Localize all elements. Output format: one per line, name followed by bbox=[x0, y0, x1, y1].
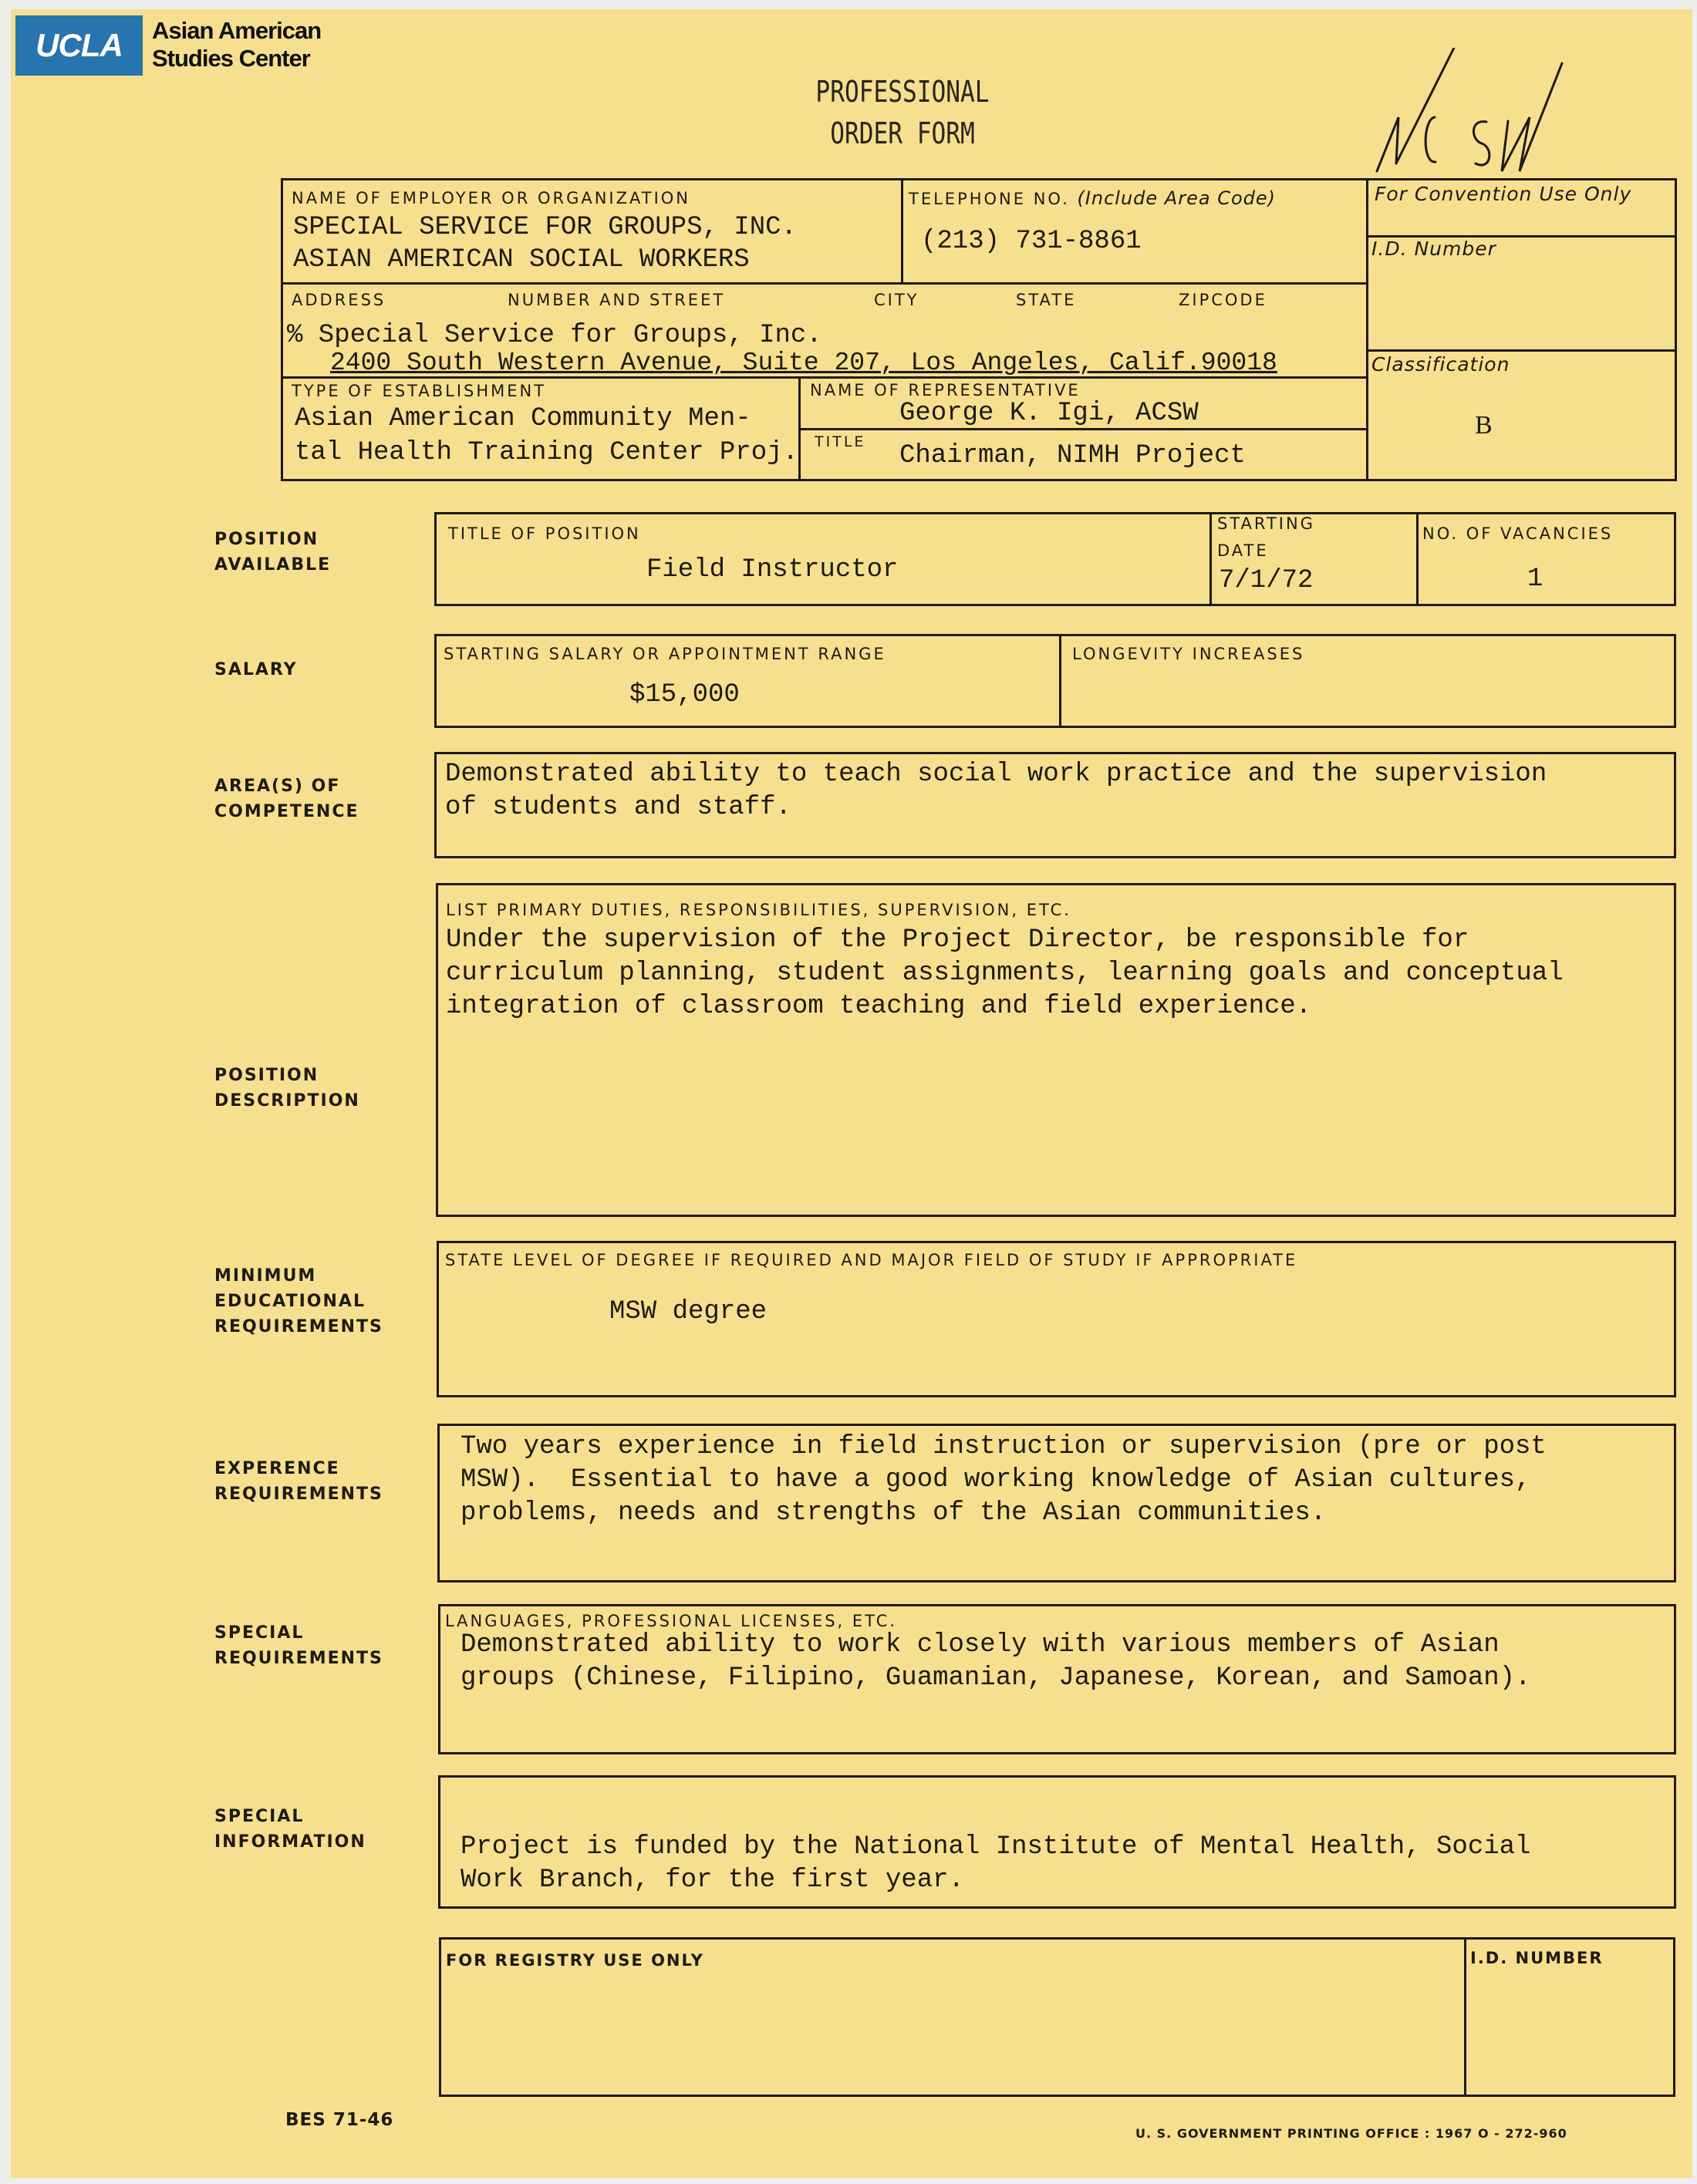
experience-text: Two years experience in field instructio… bbox=[461, 1431, 1547, 1530]
vacancies-label: NO. OF VACANCIES bbox=[1422, 524, 1613, 543]
employer-name-line2: ASIAN AMERICAN SOCIAL WORKERS bbox=[293, 244, 750, 277]
side-label-position-description: POSITION DESCRIPTION bbox=[214, 1063, 360, 1114]
address-label: ADDRESS bbox=[292, 291, 386, 309]
divider bbox=[1416, 512, 1419, 606]
telephone-label: TELEPHONE NO. (Include Area Code) bbox=[909, 187, 1276, 209]
side-label-special-requirements: SPECIAL REQUIREMENTS bbox=[214, 1620, 383, 1671]
salary-range-label: STARTING SALARY OR APPOINTMENT RANGE bbox=[444, 645, 886, 663]
longevity-label: LONGEVITY INCREASES bbox=[1072, 645, 1304, 663]
convention-id-label: I.D. Number bbox=[1371, 238, 1496, 260]
start-date-label-line1: STARTING bbox=[1217, 514, 1315, 533]
establishment-line2: tal Health Training Center Proj. bbox=[295, 436, 798, 470]
registry-id-label: I.D. NUMBER bbox=[1470, 1949, 1604, 1967]
address-state-label: STATE bbox=[1016, 291, 1076, 309]
divider bbox=[1464, 1937, 1466, 2097]
side-label-education: MINIMUM EDUCATIONAL REQUIREMENTS bbox=[214, 1263, 383, 1340]
divider bbox=[1059, 634, 1061, 728]
start-date-label-line2: DATE bbox=[1217, 541, 1269, 560]
logo-text-line1: Asian American bbox=[152, 17, 321, 45]
classification-value: B bbox=[1475, 409, 1493, 442]
special-requirements-label: LANGUAGES, PROFESSIONAL LICENSES, ETC. bbox=[445, 1612, 897, 1630]
position-title-value: Field Instructor bbox=[646, 554, 898, 587]
position-description-label: LIST PRIMARY DUTIES, RESPONSIBILITIES, S… bbox=[446, 901, 1071, 919]
employer-name-line1: SPECIAL SERVICE FOR GROUPS, INC. bbox=[293, 211, 797, 244]
logo-text-line2: Studies Center bbox=[152, 45, 321, 72]
address-street-label: NUMBER AND STREET bbox=[508, 291, 725, 309]
address-zip-label: ZIPCODE bbox=[1179, 291, 1267, 309]
form-title-line2: ORDER FORM bbox=[795, 113, 1010, 154]
special-information-text: Project is funded by the National Instit… bbox=[461, 1831, 1530, 1897]
special-requirements-text: Demonstrated ability to work closely wit… bbox=[461, 1629, 1530, 1695]
convention-use-box bbox=[1366, 178, 1677, 481]
logo-mark: UCLA bbox=[35, 27, 123, 64]
telephone-value: (213) 731-8861 bbox=[921, 225, 1142, 258]
logo-text: Asian American Studies Center bbox=[152, 17, 321, 72]
representative-value: George K. Igi, ACSW bbox=[899, 397, 1199, 430]
education-label: STATE LEVEL OF DEGREE IF REQUIRED AND MA… bbox=[445, 1251, 1297, 1269]
address-city-label: CITY bbox=[874, 291, 919, 309]
address-line2: 2400 South Western Avenue, Suite 207, Lo… bbox=[330, 346, 1277, 379]
printing-office-note: U. S. GOVERNMENT PRINTING OFFICE : 1967 … bbox=[1135, 2126, 1567, 2141]
salary-range-value: $15,000 bbox=[629, 679, 740, 712]
education-text: MSW degree bbox=[609, 1296, 767, 1329]
side-label-salary: SALARY bbox=[214, 657, 298, 682]
divider bbox=[281, 282, 1368, 285]
ucla-logo: UCLA bbox=[15, 15, 143, 76]
side-label-position-available: POSITION AVAILABLE bbox=[214, 527, 331, 578]
vacancies-value: 1 bbox=[1527, 563, 1543, 596]
registry-label: FOR REGISTRY USE ONLY bbox=[446, 1951, 704, 1970]
divider bbox=[1209, 512, 1212, 606]
form-title-line1: PROFESSIONAL bbox=[795, 71, 1010, 113]
side-label-competence: AREA(S) OF COMPETENCE bbox=[214, 773, 359, 824]
rep-title-label: TITLE bbox=[815, 433, 865, 450]
divider bbox=[901, 178, 903, 284]
handwritten-ncsw-annotation bbox=[1361, 48, 1624, 179]
form-title: PROFESSIONAL ORDER FORM bbox=[795, 71, 1010, 154]
employer-name-label: NAME OF EMPLOYER OR ORGANIZATION bbox=[292, 189, 690, 207]
convention-header: For Convention Use Only bbox=[1375, 183, 1631, 205]
position-title-label: TITLE OF POSITION bbox=[448, 524, 641, 543]
rep-title-value: Chairman, NIMH Project bbox=[899, 440, 1246, 473]
establishment-line1: Asian American Community Men- bbox=[295, 403, 751, 436]
telephone-label-note: (Include Area Code) bbox=[1077, 187, 1276, 209]
side-label-special-information: SPECIAL INFORMATION bbox=[214, 1804, 366, 1855]
competence-text: Demonstrated ability to teach social wor… bbox=[445, 758, 1547, 824]
establishment-label: TYPE OF ESTABLISHMENT bbox=[292, 382, 546, 400]
start-date-value: 7/1/72 bbox=[1219, 565, 1313, 598]
form-code: BES 71-46 bbox=[285, 2110, 393, 2130]
divider bbox=[1366, 349, 1677, 352]
position-description-text: Under the supervision of the Project Dir… bbox=[446, 924, 1564, 1023]
side-label-experience: EXPERENCE REQUIREMENTS bbox=[214, 1456, 383, 1507]
classification-label: Classification bbox=[1371, 353, 1510, 376]
